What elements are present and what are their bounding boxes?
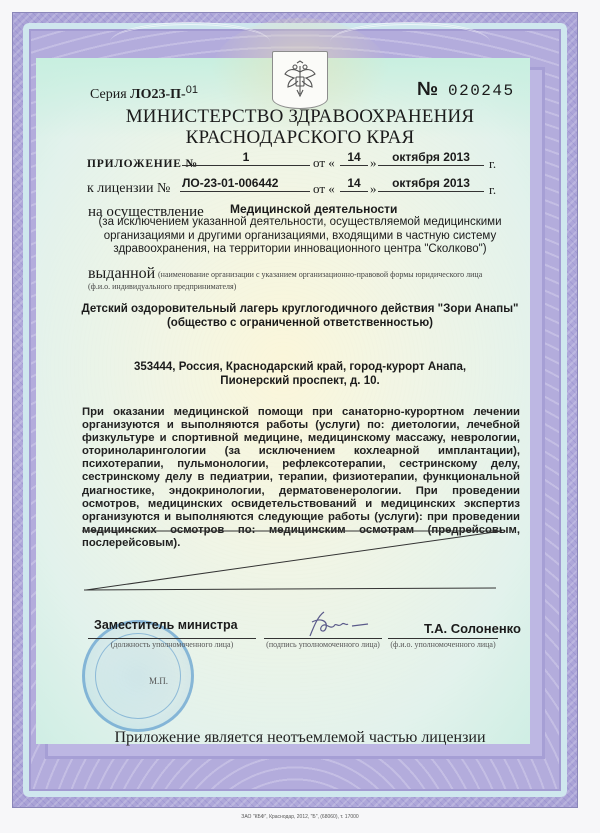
appendix-from-label: от « bbox=[313, 155, 335, 171]
coat-of-arms-icon bbox=[272, 51, 328, 109]
services-line: диагностике, эндокринологии, дерматовене… bbox=[82, 485, 520, 498]
number-sign: № bbox=[417, 79, 438, 101]
services-line: сестринскому делу в педиатрии, терапии, … bbox=[82, 471, 520, 484]
official-seal bbox=[82, 620, 194, 732]
services-description: При оказании медицинской помощи при сана… bbox=[82, 406, 520, 550]
appendix-quote-close: » bbox=[370, 155, 377, 171]
ministry-title-line1: МИНИСТЕРСТВО ЗДРАВООХРАНЕНИЯ bbox=[0, 107, 600, 127]
appendix-year-suffix: г. bbox=[489, 156, 496, 172]
position-underline bbox=[88, 638, 256, 639]
series-label: Серия ЛО23-П-01 bbox=[90, 84, 198, 103]
signatory-name: Т.А. Солоненко bbox=[424, 621, 521, 636]
services-line: физкультуре и спортивной медицине, медиц… bbox=[82, 432, 520, 445]
series-suffix: 01 bbox=[186, 84, 198, 96]
appendix-footer-note: Приложение является неотъемлемой частью … bbox=[0, 729, 600, 747]
address-line1: 353444, Россия, Краснодарский край, горо… bbox=[0, 361, 600, 375]
license-quote-close: » bbox=[370, 181, 377, 197]
services-line: медицинских осмотров по: медицинским осм… bbox=[82, 524, 520, 537]
license-label: к лицензии № bbox=[87, 181, 170, 197]
signatory-position: Заместитель министра bbox=[94, 618, 238, 632]
services-line: оториноларингологии (за исключением кохл… bbox=[82, 445, 520, 458]
issued-label: выданной bbox=[88, 265, 155, 283]
activity-note-line: здравоохранения, на территории инновацио… bbox=[0, 243, 600, 257]
stamp-place-label: М.П. bbox=[149, 676, 168, 686]
floral-ornament-left bbox=[110, 22, 270, 62]
activity-note-line: (за исключением указанной деятельности, … bbox=[0, 216, 600, 230]
activity-note: (за исключением указанной деятельности, … bbox=[0, 216, 600, 257]
series-value: ЛО23-П- bbox=[130, 87, 186, 102]
services-line: послерейсовым). bbox=[82, 537, 520, 550]
appendix-day-field: 14 bbox=[340, 150, 368, 166]
position-caption: (должность уполномоченного лица) bbox=[88, 640, 256, 649]
appendix-date-field: октября 2013 bbox=[378, 150, 484, 166]
organization-name: Детский оздоровительный лагерь круглогод… bbox=[0, 302, 600, 316]
signature-underline bbox=[264, 638, 382, 639]
floral-ornament-right bbox=[330, 22, 490, 62]
license-number-field: ЛО-23-01-006442 bbox=[180, 176, 310, 192]
form-number: 020245 bbox=[448, 82, 515, 100]
ministry-title-line2: КРАСНОДАРСКОГО КРАЯ bbox=[0, 128, 600, 148]
services-line: психотерапии, пульмонологии, рефлексотер… bbox=[82, 458, 520, 471]
handwritten-signature bbox=[300, 608, 380, 640]
services-line: осмотров, медицинских освидетельствовани… bbox=[82, 498, 520, 511]
organization-form: (общество с ограниченной ответственность… bbox=[0, 316, 600, 330]
license-from-label: от « bbox=[313, 181, 335, 197]
name-caption: (ф.и.о. уполномоченного лица) bbox=[388, 640, 498, 649]
activity-title: Медицинской деятельности bbox=[230, 202, 397, 216]
activity-note-line: организациями и другими организациями, в… bbox=[0, 230, 600, 244]
license-day-field: 14 bbox=[340, 176, 368, 192]
license-date-field: октября 2013 bbox=[378, 176, 484, 192]
address-line2: Пионерский проспект, д. 10. bbox=[0, 375, 600, 389]
license-year-suffix: г. bbox=[489, 182, 496, 198]
services-line: организуются и выполняются следующие раб… bbox=[82, 511, 520, 524]
issued-hint-line1: (наименование организации с указанием ор… bbox=[158, 270, 482, 279]
printer-imprint: ЗАО "КБФ", Краснодар, 2012, "Б", (68060)… bbox=[0, 814, 600, 820]
signature-caption: (подпись уполномоченного лица) bbox=[264, 640, 382, 649]
services-line: При оказании медицинской помощи при сана… bbox=[82, 406, 520, 419]
name-underline bbox=[388, 638, 498, 639]
series-caption: Серия bbox=[90, 87, 127, 102]
issued-hint-line2: (ф.и.о. индивидуального предпринимателя) bbox=[88, 282, 236, 291]
appendix-number-field: 1 bbox=[182, 150, 310, 166]
services-line: организуются и выполняются работы (услуг… bbox=[82, 419, 520, 432]
